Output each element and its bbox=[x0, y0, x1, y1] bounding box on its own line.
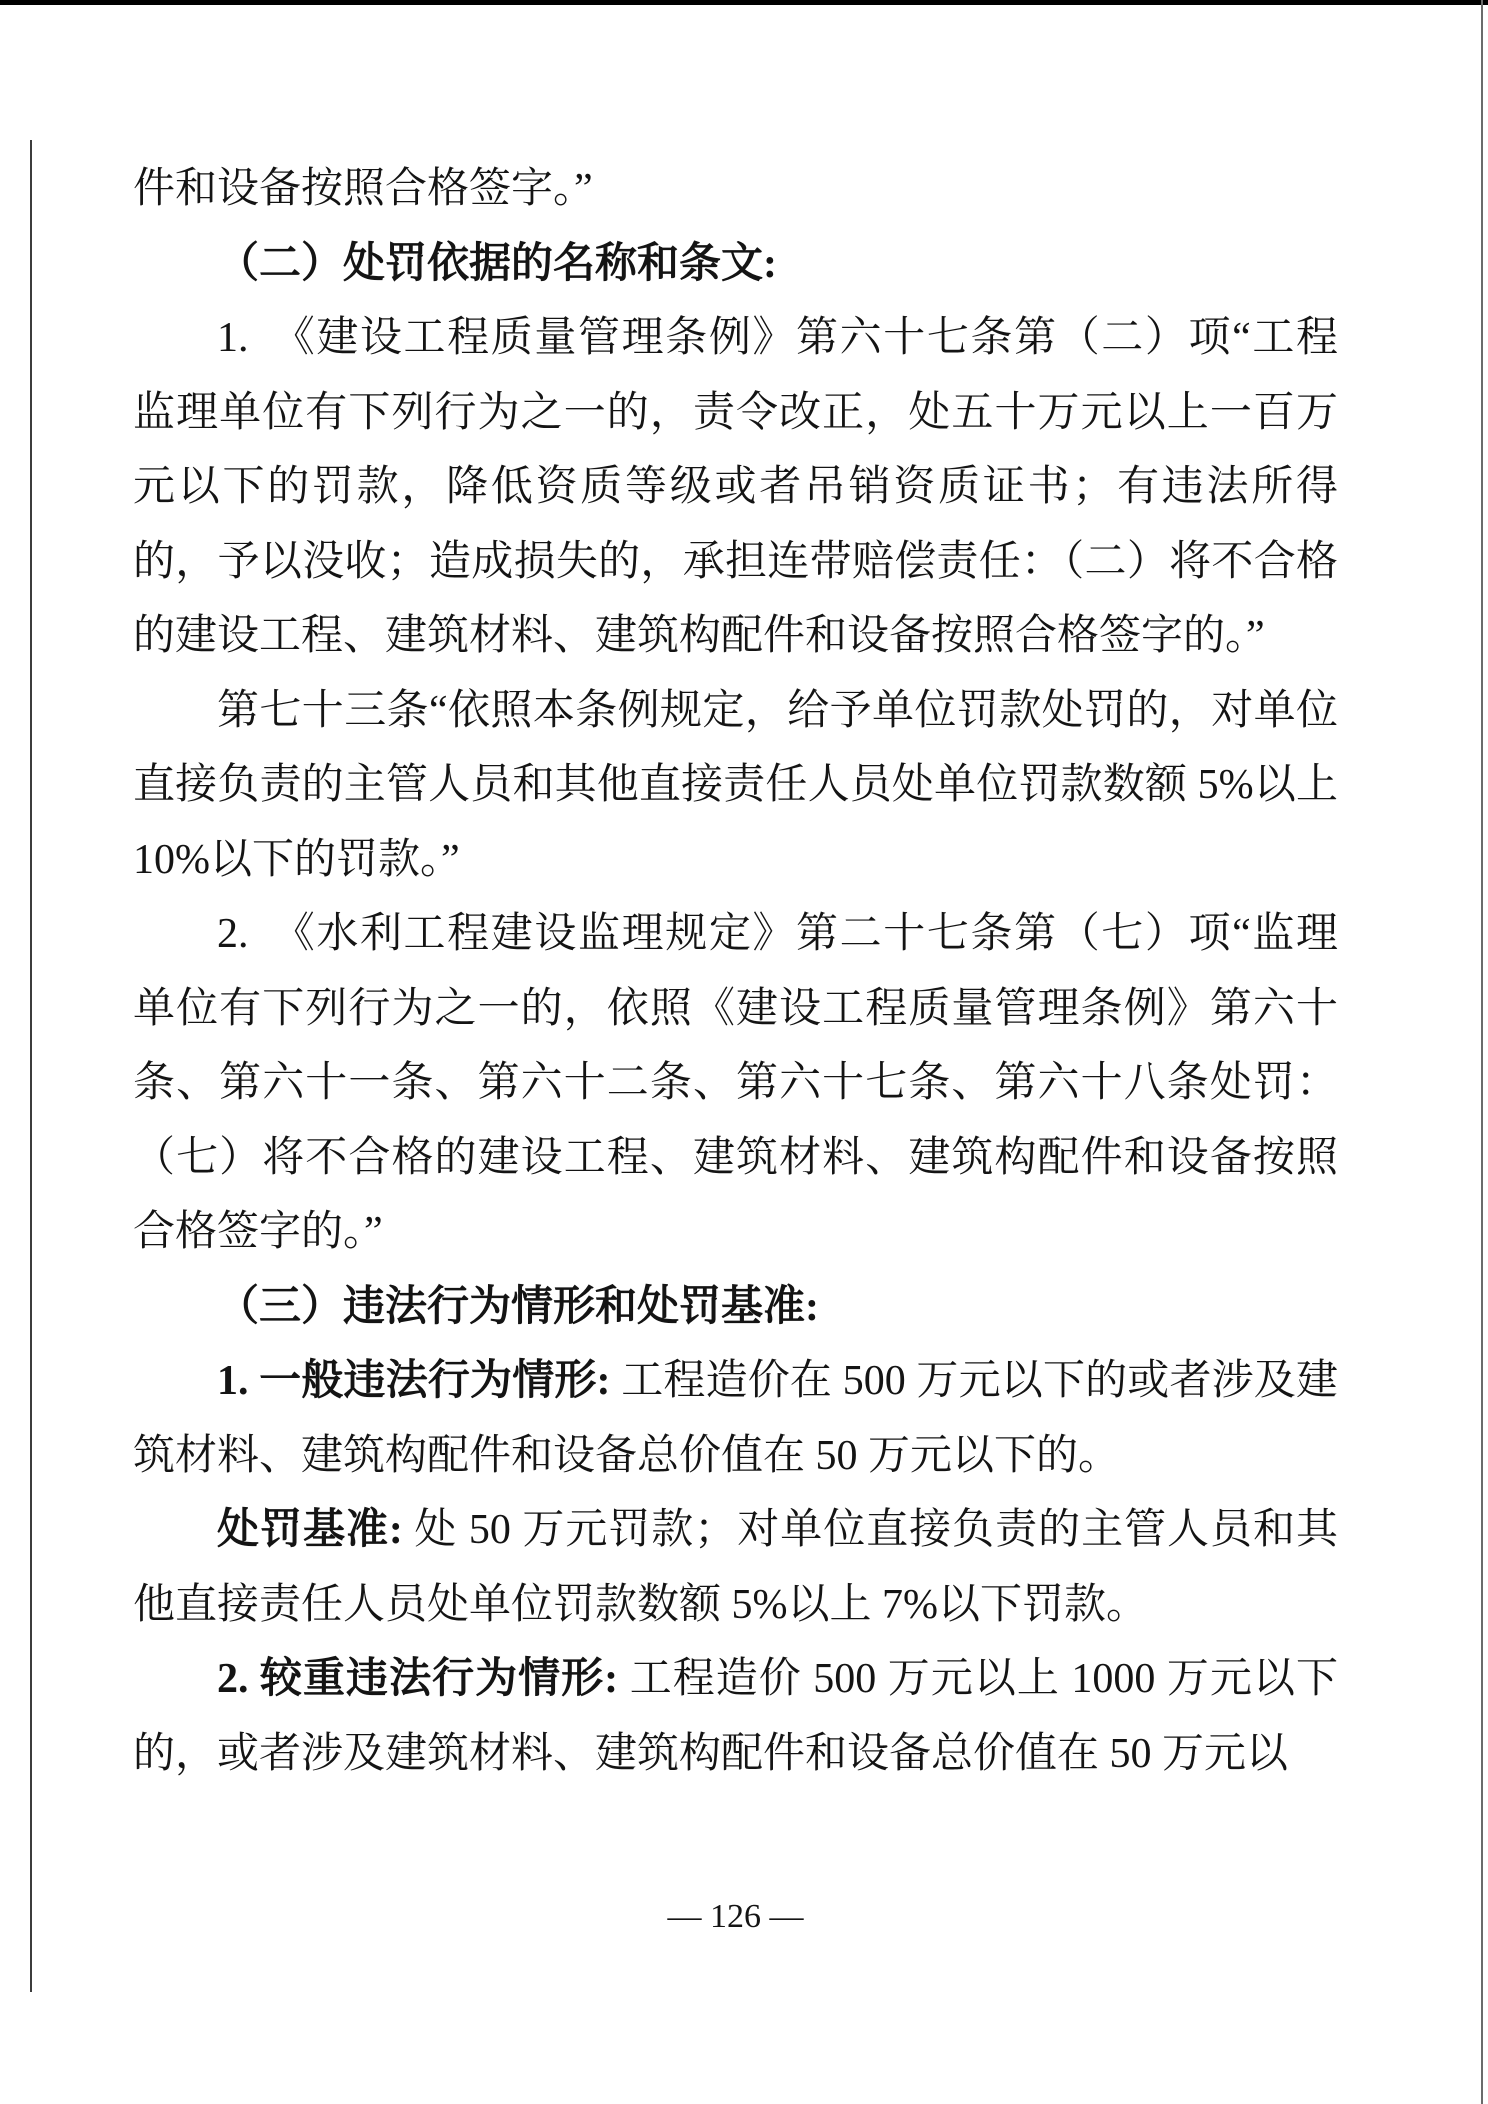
document-body: 件和设备按照合格签字。” （二）处罚依据的名称和条文: 1. 《建设工程质量管理… bbox=[133, 152, 1338, 1791]
section-heading-violation-levels: （三）违法行为情形和处罚基准: bbox=[133, 1270, 1338, 1345]
paragraph-article-73: 第七十三条“依照本条例规定，给予单位罚款处罚的，对单位直接负责的主管人员和其他直… bbox=[133, 674, 1338, 898]
paragraph-continuation: 件和设备按照合格签字。” bbox=[133, 152, 1338, 227]
section-heading-penalty-basis: （二）处罚依据的名称和条文: bbox=[133, 227, 1338, 302]
page-number: — 126 — bbox=[133, 1898, 1338, 1936]
scan-edge-right bbox=[1481, 0, 1483, 2104]
paragraph-regulation-2: 2. 《水利工程建设监理规定》第二十七条第（七）项“监理单位有下列行为之一的，依… bbox=[133, 897, 1338, 1270]
paragraph-general-violation: 1. 一般违法行为情形: 工程造价在 500 万元以下的或者涉及建筑材料、建筑构… bbox=[133, 1344, 1338, 1493]
paragraph-lead: 处罚基准: bbox=[217, 1507, 403, 1553]
paragraph-regulation-1: 1. 《建设工程质量管理条例》第六十七条第（二）项“工程监理单位有下列行为之一的… bbox=[133, 301, 1338, 674]
scan-edge-left bbox=[30, 140, 32, 1992]
scan-edge-top bbox=[0, 0, 1488, 5]
paragraph-serious-violation: 2. 较重违法行为情形: 工程造价 500 万元以上 1000 万元以下的，或者… bbox=[133, 1642, 1338, 1791]
paragraph-lead: 1. 一般违法行为情形: bbox=[217, 1358, 611, 1404]
paragraph-lead: 2. 较重违法行为情形: bbox=[217, 1656, 618, 1702]
paragraph-penalty-standard: 处罚基准: 处 50 万元罚款；对单位直接负责的主管人员和其他直接责任人员处单位… bbox=[133, 1493, 1338, 1642]
